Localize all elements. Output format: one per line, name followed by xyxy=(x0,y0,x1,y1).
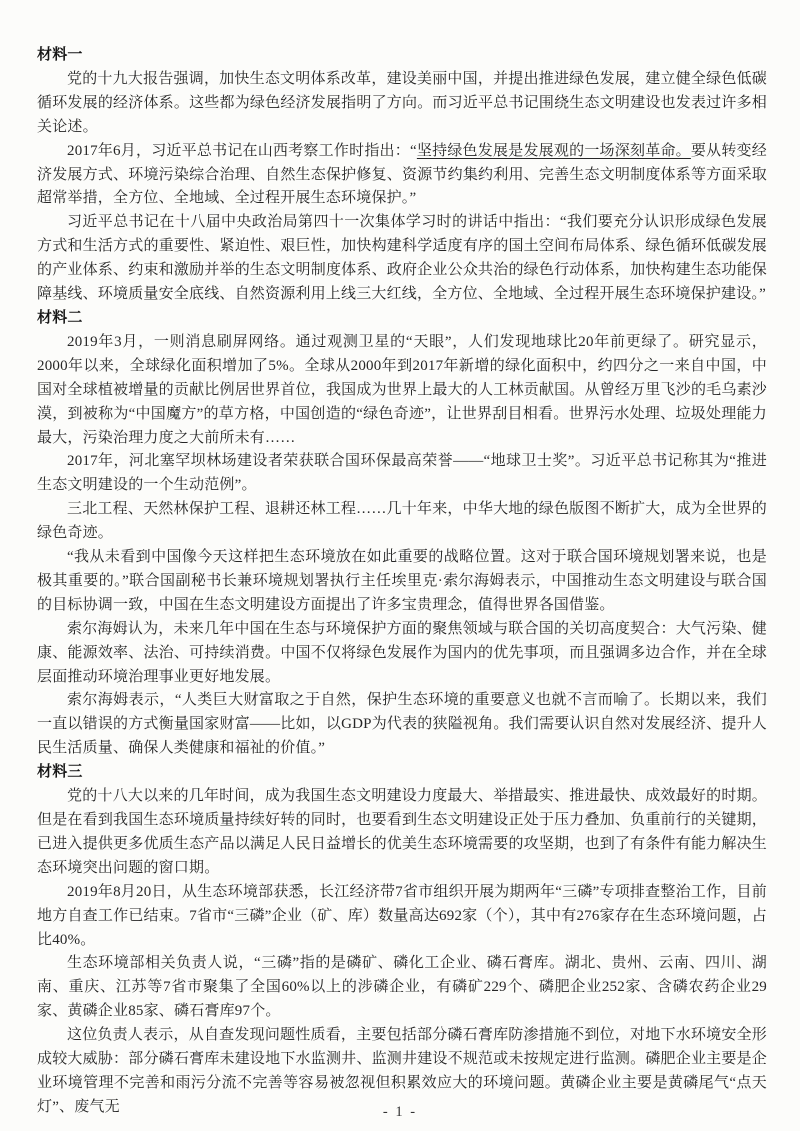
underlined-quote: 坚持绿色发展是发展观的一场深刻革命。 xyxy=(417,143,691,159)
material-1-heading: 材料一 xyxy=(37,44,767,68)
material-3-paragraph-3: 生态环境部相关负责人说，“三磷”指的是磷矿、磷化工企业、磷石膏库。湖北、贵州、云… xyxy=(37,952,767,1024)
material-3-paragraph-2: 2019年8月20日，从生态环境部获悉，长江经济带7省市组织开展为期两年“三磷”… xyxy=(37,881,767,953)
page-number: - 1 - xyxy=(0,1104,800,1121)
material-2-paragraph-3: 三北工程、天然林保护工程、退耕还林工程……几十年来，中华大地的绿色版图不断扩大，… xyxy=(37,498,767,546)
material-1-paragraph-1: 党的十九大报告强调，加快生态文明体系改革，建设美丽中国，并提出推进绿色发展，建立… xyxy=(37,68,767,140)
material-2-heading: 材料二 xyxy=(37,307,767,331)
material-1-paragraph-2: 2017年6月，习近平总书记在山西考察工作时指出：“坚持绿色发展是发展观的一场深… xyxy=(37,140,767,212)
material-2-paragraph-5: 索尔海姆认为，未来几年中国在生态与环境保护方面的聚焦领域与联合国的关切高度契合：… xyxy=(37,618,767,690)
material-1-paragraph-3: 习近平总书记在十八届中央政治局第四十一次集体学习时的讲话中指出：“我们要充分认识… xyxy=(37,211,767,307)
material-3-heading: 材料三 xyxy=(37,761,767,785)
material-2-paragraph-2: 2017年，河北塞罕坝林场建设者荣获联合国环保最高荣誉——“地球卫士奖”。习近平… xyxy=(37,450,767,498)
material-2-paragraph-1: 2019年3月，一则消息刷屏网络。通过观测卫星的“天眼”，人们发现地球比20年前… xyxy=(37,331,767,451)
material-2-paragraph-6: 索尔海姆表示，“人类巨大财富取之于自然，保护生态环境的重要意义也就不言而喻了。长… xyxy=(37,689,767,761)
document-page: 材料一 党的十九大报告强调，加快生态文明体系改革，建设美丽中国，并提出推进绿色发… xyxy=(0,0,800,1131)
material-2-paragraph-4: “我从未看到中国像今天这样把生态环境放在如此重要的战略位置。这对于联合国环境规划… xyxy=(37,546,767,618)
document-body: 材料一 党的十九大报告强调，加快生态文明体系改革，建设美丽中国，并提出推进绿色发… xyxy=(37,44,767,1120)
material-3-paragraph-1: 党的十八大以来的几年时间，成为我国生态文明建设力度最大、举措最实、推进最快、成效… xyxy=(37,785,767,881)
paragraph-segment: 2017年6月，习近平总书记在山西考察工作时指出：“ xyxy=(67,143,417,159)
